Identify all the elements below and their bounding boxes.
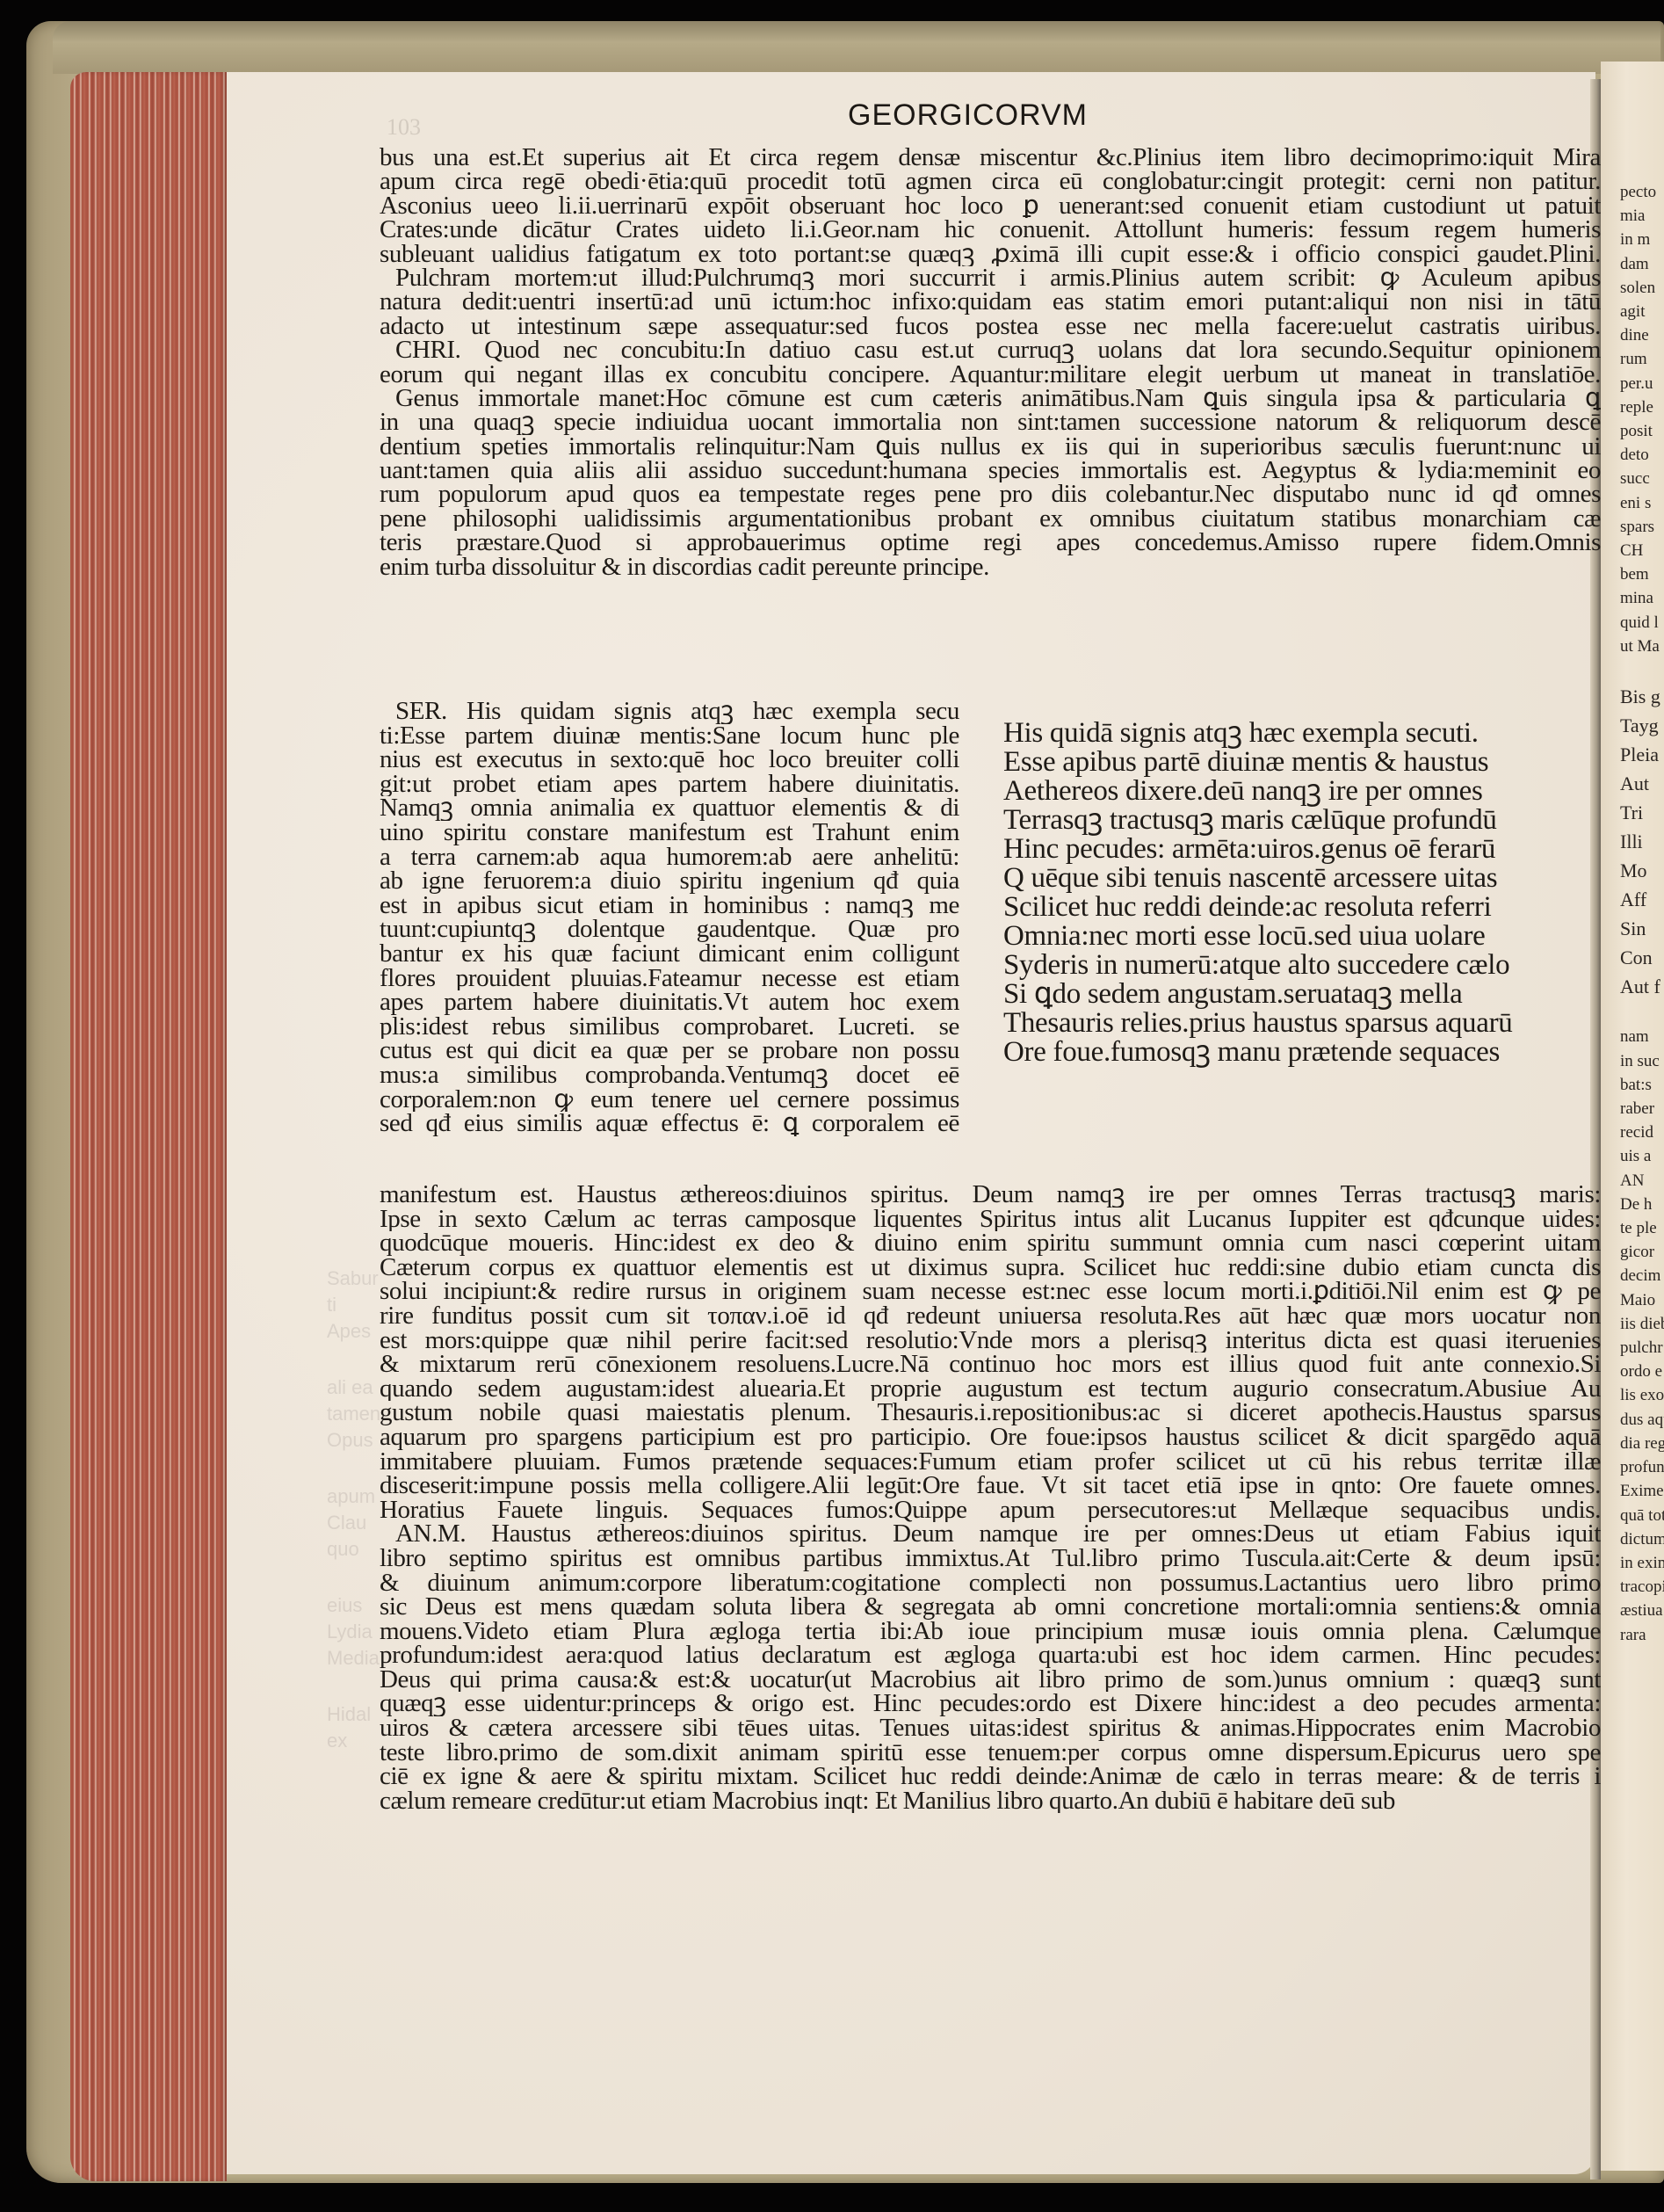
text-line: disceserit:impune possis mella colligere…	[380, 1474, 1601, 1498]
text-line: cutus est qui dicit ea quæ per se probar…	[380, 1039, 959, 1063]
verse-line: Ore foue.fumosqꝫ manu prætende sequaces	[1003, 1038, 1601, 1067]
text-line: Asconius ueeo li.ii.uerrinarū expōit obs…	[380, 194, 1601, 218]
verse-line: Q uēque sibi tenuis nascentē arcessere u…	[1003, 864, 1601, 893]
recto-fragment: Con	[1620, 943, 1664, 972]
text-line: ciē ex igne & aere & spiritu mixtam. Sci…	[380, 1765, 1601, 1789]
ghost-note: Sabur	[327, 1266, 380, 1292]
text-line: Namqꝫ omnia animalia ex quattuor element…	[380, 796, 959, 821]
text-line: & diuinum animum:corpore liberatum:cogit…	[380, 1571, 1601, 1596]
text-line: Genus immortale manet:Hoc cōmune est cum…	[380, 387, 1601, 410]
recto-fragment: dine	[1620, 323, 1664, 347]
text-line: quodcūque moueris. Hinc:idest ex deo & d…	[380, 1231, 1601, 1256]
text-line: natura dedit:uentri insertū:ad unū ictum…	[380, 290, 1601, 314]
text-line: manifestum est. Haustus æthereos:diuinos…	[380, 1183, 1601, 1208]
ghost-note: Opus	[327, 1427, 380, 1454]
recto-fragment: quā totus	[1620, 1504, 1664, 1527]
text-line: plis:idest rebus similibus comprobaret. …	[380, 1015, 959, 1040]
verse-line: Omnia:nec morti esse locū.sed uiua uolar…	[1003, 922, 1601, 951]
recto-page-fragment: pectomiain mdamsolenagitdinerumper.urepl…	[1601, 62, 1664, 2171]
recto-fragment: gicor	[1620, 1240, 1664, 1264]
recto-fragment: decim	[1620, 1264, 1664, 1287]
recto-fragment: posit	[1620, 419, 1664, 443]
text-line: Ipse in sexto Cælum ac terras camposque …	[380, 1208, 1601, 1232]
recto-fragment: raber	[1620, 1097, 1664, 1121]
verse-line: Esse apibus partē diuinæ mentis & haustu…	[1003, 748, 1601, 777]
ghost-note: quo	[327, 1536, 380, 1563]
text-line: apum circa regē obedi·ētia:quū procedit …	[380, 170, 1601, 193]
recto-fragment: Tri	[1620, 798, 1664, 827]
text-line: Pulchram mortem:ut illud:Pulchrumqꝫ mori…	[380, 266, 1601, 290]
text-line: AN.M. Haustus æthereos:diuinos spiritus.…	[380, 1522, 1601, 1547]
verse-right-column: His quidā signis atqꝫ hæc exempla secuti…	[1003, 719, 1601, 1067]
ghost-note: Apes	[327, 1318, 380, 1345]
verse-line: Si ꝗdo sedem angustam.seruataqꝫ mella	[1003, 980, 1601, 1009]
recto-fragment: ordo e	[1620, 1360, 1664, 1383]
text-line: libro septimo spiritus est omnibus parti…	[380, 1547, 1601, 1571]
text-line: tuunt:cupiuntqꝫ dolentque gaudentque. Qu…	[380, 917, 959, 942]
text-line: quæqꝫ esse uidentur:princeps & origo est…	[380, 1692, 1601, 1716]
recto-text-fragments: pectomiain mdamsolenagitdinerumper.urepl…	[1620, 180, 1664, 1647]
recto-fragment: pulchr	[1620, 1336, 1664, 1360]
recto-fragment: bem	[1620, 562, 1664, 586]
ghost-note: Media	[327, 1645, 380, 1672]
text-line: dentium speties immortalis relinquitur:N…	[380, 435, 1601, 459]
text-line: teste libro.primo de som.dixit animam sp…	[380, 1741, 1601, 1766]
recto-fragment: Tayg	[1620, 711, 1664, 740]
recto-fragment: nam	[1620, 1025, 1664, 1048]
recto-fragment: Illi	[1620, 827, 1664, 856]
recto-fragment: in eximer	[1620, 1551, 1664, 1575]
recto-fragment: Aut	[1620, 769, 1664, 798]
text-line: teris præstare.Quod si approbauerimus op…	[380, 531, 1601, 555]
recto-fragment: in suc	[1620, 1049, 1664, 1073]
text-line: bantur ex his quæ faciunt dimicant enim …	[380, 942, 959, 967]
show-through-folio-left: 103	[387, 114, 421, 141]
recto-fragment: quid l	[1620, 611, 1664, 635]
text-line: quando sedem augustam:idest aluearia.Et …	[380, 1377, 1601, 1402]
verse-line: Scilicet huc reddi deinde:ac resoluta re…	[1003, 893, 1601, 922]
show-through-margin-notes: SaburtiApesali eatamenOpusapumClauquoeiu…	[327, 1266, 380, 1754]
recto-fragment: dia regiō	[1620, 1432, 1664, 1455]
text-line: git:ut probet etiam apes partem habere d…	[380, 772, 959, 797]
verse-line: Hinc pecudes: armēta:uiros.genus oē fera…	[1003, 835, 1601, 864]
recto-fragment: agit	[1620, 300, 1664, 323]
recto-fragment: uis a	[1620, 1144, 1664, 1168]
recto-fragment: CH	[1620, 539, 1664, 562]
text-line: ti:Esse partem diuinæ mentis:Sane locum …	[380, 724, 959, 749]
recto-fragment: bat:s	[1620, 1073, 1664, 1097]
recto-fragment: eni s	[1620, 491, 1664, 515]
recto-fragment: te ple	[1620, 1216, 1664, 1240]
text-line: Horatius Fauete linguis. Sequaces fumos:…	[380, 1498, 1601, 1523]
text-line: & mixtarum rerū cōnexionem resoluens.Luc…	[380, 1353, 1601, 1377]
text-line: CHRI. Quod nec concubitu:In datiuo casu …	[380, 338, 1601, 362]
text-line: immitabere pluuiam. Fumos prætende sequa…	[380, 1450, 1601, 1475]
text-line: Cæterum corpus ex quattuor elementis est…	[380, 1256, 1601, 1280]
recto-fragment: solen	[1620, 276, 1664, 300]
text-line: solui incipiunt:& redire rursus in origi…	[380, 1280, 1601, 1304]
text-line: flores prouident pluuias.Fateamur necess…	[380, 967, 959, 991]
recto-fragment: dictum e	[1620, 1527, 1664, 1551]
recto-fragment: Eximenc	[1620, 1479, 1664, 1503]
recto-fragment: AN	[1620, 1169, 1664, 1193]
commentary-bottom-block: manifestum est. Haustus æthereos:diuinos…	[380, 1183, 1601, 1813]
red-stained-fore-edge	[70, 72, 227, 2181]
text-line: adacto ut intestinum sæpe assequatur:sed…	[380, 315, 1601, 338]
commentary-top-block: bus una est.Et superius ait Et circa reg…	[380, 146, 1601, 579]
verse-line: Terrasqꝫ tractusqꝫ maris cælūque profund…	[1003, 806, 1601, 835]
recto-fragment: mina	[1620, 586, 1664, 610]
recto-fragment: lis exor	[1620, 1383, 1664, 1407]
ghost-note: ali ea	[327, 1374, 380, 1401]
ghost-note: Hidal	[327, 1701, 380, 1728]
text-line: ab igne feruorem:a diuio spiritu ingeniu…	[380, 869, 959, 894]
recto-fragment: pecto	[1620, 180, 1664, 204]
recto-fragment: mia	[1620, 204, 1664, 228]
text-line: nius est executus in sexto:quē hoc loco …	[380, 748, 959, 772]
text-line: uant:tamen quia aliis alii assiduo succe…	[380, 459, 1601, 482]
text-line: cælum remeare credūtur:ut etiam Macrobiu…	[380, 1789, 1601, 1814]
ghost-note: Clau	[327, 1510, 380, 1536]
recto-fragment: Aff	[1620, 885, 1664, 914]
text-line: profundum:idest aera:quod latius declara…	[380, 1643, 1601, 1668]
recto-fragment: ut Ma	[1620, 635, 1664, 658]
verse-line: Syderis in numerū:atque alto succedere c…	[1003, 951, 1601, 980]
verse-line: His quidā signis atqꝫ hæc exempla secuti…	[1003, 719, 1601, 748]
text-line: uino spiritu constare manifestum est Tra…	[380, 821, 959, 845]
recto-fragment: deto	[1620, 443, 1664, 467]
text-line: bus una est.Et superius ait Et circa reg…	[380, 146, 1601, 170]
recto-fragment: reple	[1620, 395, 1664, 419]
text-line: in una quaqꝫ specie indiuidua uocant imm…	[380, 410, 1601, 434]
recto-fragment: Maio	[1620, 1288, 1664, 1312]
recto-fragment: succ	[1620, 467, 1664, 490]
recto-fragment: rara	[1620, 1623, 1664, 1647]
text-line: est mors:quippe quæ nihil perire facit:s…	[380, 1329, 1601, 1353]
recto-fragment: dam	[1620, 252, 1664, 276]
running-head: GEORGICORVM	[848, 98, 1088, 133]
text-line: rum populorum apud quos ea tempestate re…	[380, 482, 1601, 506]
text-line: rire funditus possit cum sit τοπαν.i.oē …	[380, 1304, 1601, 1329]
text-line: mouens.Videto etiam Plura ægloga tertia …	[380, 1620, 1601, 1644]
verse-line: Aethereos dixere.deū nanqꝫ ire per omnes	[1003, 777, 1601, 806]
verse-line: Thesauris relies.prius haustus sparsus a…	[1003, 1009, 1601, 1038]
text-line: apes partem habere diuinitatis.Vt autem …	[380, 990, 959, 1015]
ghost-note: tamen	[327, 1401, 380, 1427]
text-line: uiros & cætera arcessere sibi tēues uita…	[380, 1716, 1601, 1741]
recto-fragment: Sin	[1620, 914, 1664, 943]
ghost-note: apum	[327, 1483, 380, 1510]
ghost-note: eius	[327, 1592, 380, 1619]
recto-fragment: per.u	[1620, 372, 1664, 395]
text-line: est in apibus sicut etiam in hominibus :…	[380, 894, 959, 918]
text-line: a terra carnem:ab aqua humorem:ab aere a…	[380, 845, 959, 870]
text-line: enim turba dissoluitur & in discordias c…	[380, 555, 1601, 579]
recto-fragment: rum	[1620, 347, 1664, 371]
recto-fragment: æstiua au	[1620, 1599, 1664, 1622]
text-line: mus:a similibus comprobanda.Ventumqꝫ doc…	[380, 1063, 959, 1088]
ghost-note: ex	[327, 1728, 380, 1754]
ghost-note: ti	[327, 1292, 380, 1318]
recto-fragment: in m	[1620, 228, 1664, 251]
recto-fragment: Bis g	[1620, 682, 1664, 711]
spacer	[1620, 1001, 1664, 1025]
recto-fragment: profund	[1620, 1455, 1664, 1479]
recto-fragment: dus aqu	[1620, 1408, 1664, 1432]
recto-fragment: iis dieb	[1620, 1312, 1664, 1336]
text-line: pene philosophi ualidissimis argumentati…	[380, 507, 1601, 531]
text-line: SER. His quidam signis atqꝫ hæc exempla …	[380, 700, 959, 724]
spacer	[1620, 658, 1664, 682]
text-line: Crates:unde dicātur Crates uideto li.i.G…	[380, 218, 1601, 242]
text-line: corporalem:non ꝙ eum tenere uel cernere …	[380, 1088, 959, 1113]
recto-fragment: Pleia	[1620, 740, 1664, 769]
ghost-note: Lydia	[327, 1619, 380, 1645]
commentary-left-column: SER. His quidam signis atqꝫ hæc exempla …	[380, 700, 959, 1136]
recto-fragment: De h	[1620, 1193, 1664, 1216]
recto-fragment: tracopia	[1620, 1575, 1664, 1599]
text-line: aquarum pro spargens participium est pro…	[380, 1425, 1601, 1450]
recto-fragment: spars	[1620, 515, 1664, 539]
recto-fragment: recid	[1620, 1121, 1664, 1144]
text-line: sed qđ eius similis aquæ effectus ē: ꝗ c…	[380, 1112, 959, 1136]
text-line: Deus qui prima causa:& est:& uocatur(ut …	[380, 1668, 1601, 1693]
text-line: gustum nobile quasi maiestatis plenum. T…	[380, 1401, 1601, 1425]
binding-head-cap	[53, 21, 1660, 74]
text-line: eorum qui negant illas ex concubitu conc…	[380, 363, 1601, 387]
recto-fragment: Mo	[1620, 856, 1664, 885]
text-line: sic Deus est mens quædam soluta libera &…	[380, 1595, 1601, 1620]
text-line: subleuant ualidius fatigatum ex toto por…	[380, 243, 1601, 266]
recto-fragment: Aut f	[1620, 972, 1664, 1001]
